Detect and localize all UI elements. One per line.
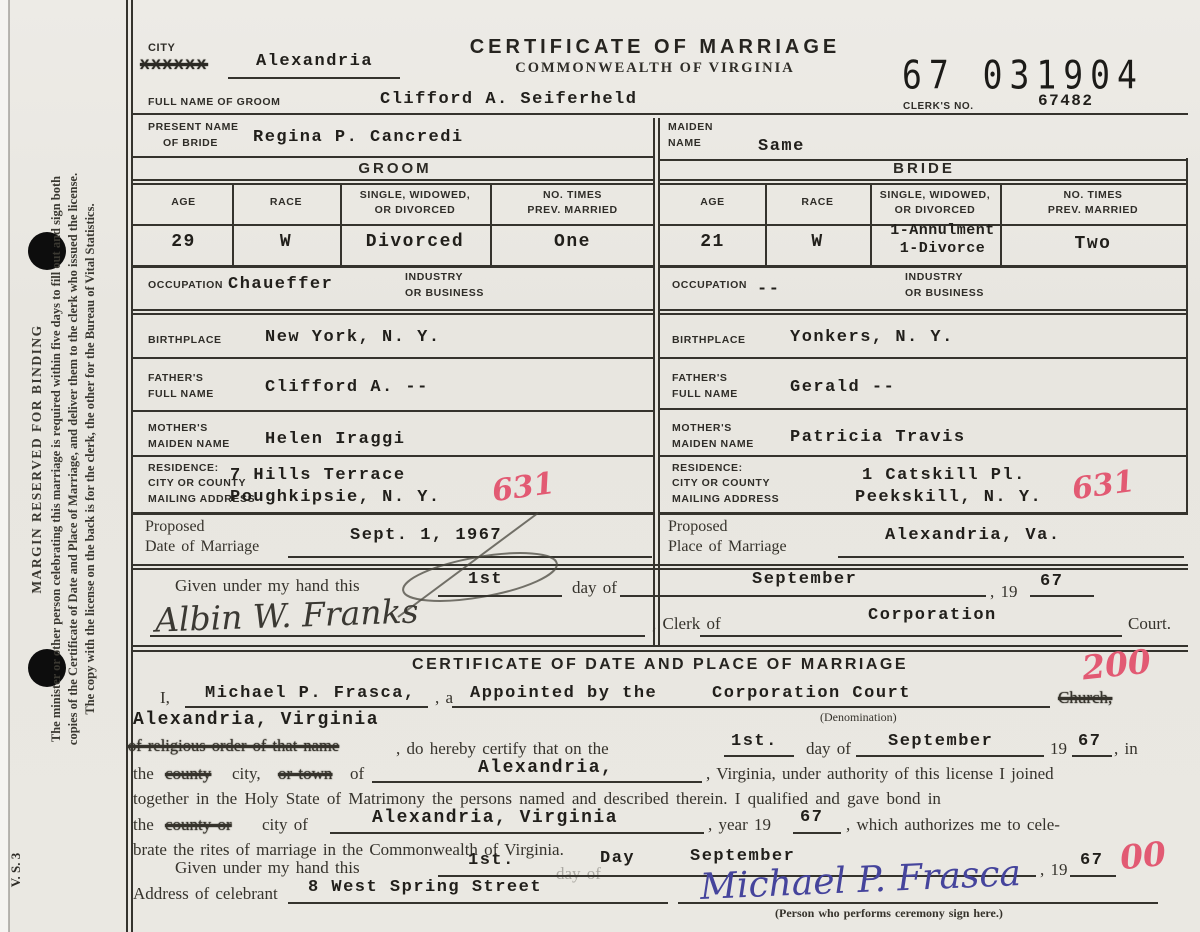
county-or-struck-text: county or: [165, 815, 232, 835]
bride-residence-label: RESIDENCE:: [672, 462, 743, 474]
scan-edge-line: [8, 0, 10, 932]
fill-line: [288, 902, 668, 904]
certificate2-title: CERTIFICATE OF DATE AND PLACE OF MARRIAG…: [300, 656, 1020, 674]
bride-residence-value: 1 Catskill Pl.: [862, 466, 1026, 485]
certificate-title: CERTIFICATE OF MARRIAGE: [455, 36, 855, 59]
rule-line: [660, 265, 1188, 268]
rule-line: [660, 179, 1188, 181]
rule-line: [133, 265, 655, 268]
line3-end-text: , Virginia, under authority of this lice…: [706, 764, 1054, 784]
groom-race-value: W: [232, 232, 340, 252]
groom-industry-label: OR BUSINESS: [405, 287, 484, 299]
of-text: of: [350, 764, 364, 784]
bride-name-value: Regina P. Cancredi: [253, 128, 464, 147]
bride-birthplace-label: BIRTHPLACE: [672, 334, 746, 346]
fill-line: [838, 556, 1184, 558]
bride-occupation-value: --: [757, 280, 780, 299]
signature-note: (Person who performs ceremony sign here.…: [775, 906, 1003, 921]
groom-mother-label: MAIDEN NAME: [148, 438, 230, 450]
groom-name-value: Clifford A. Seiferheld: [380, 90, 637, 109]
groom-father-value: Clifford A. --: [265, 378, 429, 397]
nineteen-text: 19: [1050, 739, 1067, 759]
binding-margin-line: copies of the Certificate of Date and Pl…: [65, 19, 82, 899]
address-label: Address of celebrant: [133, 884, 278, 904]
court-suffix-text: Court.: [1128, 614, 1171, 634]
groom-occupation-value: Chaueffer: [228, 275, 333, 294]
rule-line: [660, 183, 1188, 185]
fee-amount-bottom: 00: [1118, 834, 1168, 878]
bride-code-handwritten: 631: [1070, 464, 1137, 507]
bride-father-label: FULL NAME: [672, 388, 738, 400]
fill-line: [678, 902, 1158, 904]
proposed-date-label: Date of Marriage: [145, 538, 259, 556]
denomination-label: (Denomination): [820, 710, 897, 725]
ceremony-month-value: September: [888, 732, 993, 751]
court-name-value: Corporation: [868, 606, 997, 625]
bond-year-value: 67: [800, 808, 823, 827]
rule-line: [133, 224, 655, 226]
rule-line: [133, 313, 655, 315]
groom-times-header: PREV. MARRIED: [490, 204, 655, 216]
bride-residence-value: Peekskill, N. Y.: [855, 488, 1042, 507]
fill-line: [724, 755, 794, 757]
groom-age-value: 29: [135, 232, 232, 252]
fill-line: [185, 706, 428, 708]
marriage-city-value: Alexandria,: [478, 758, 613, 778]
county-struck-text: county: [165, 764, 211, 784]
city-label: CITY: [148, 42, 175, 54]
groom-name-label: FULL NAME OF GROOM: [148, 96, 281, 108]
fill-line: [228, 77, 400, 79]
celebrant-year-value: 67: [1080, 851, 1103, 870]
bride-residence-label: MAILING ADDRESS: [672, 493, 779, 505]
fill-line: [1030, 595, 1094, 597]
binding-margin-title: MARGIN RESERVED FOR BINDING: [29, 19, 45, 899]
groom-status-header: OR DIVORCED: [340, 204, 490, 216]
rule-line: [660, 455, 1188, 457]
the-text: the: [133, 764, 154, 784]
bride-industry-label: INDUSTRY: [905, 271, 963, 283]
certificate-subtitle: COMMONWEALTH OF VIRGINIA: [455, 60, 855, 77]
bride-age-header: AGE: [660, 196, 765, 208]
groom-father-label: FATHER'S: [148, 372, 204, 384]
divider-line: [1186, 158, 1188, 514]
fill-line: [330, 832, 704, 834]
rule-line: [133, 357, 655, 359]
bride-residence-label: CITY OR COUNTY: [672, 477, 770, 489]
bride-times-header: NO. TIMES: [1000, 189, 1186, 201]
binding-margin-text: MARGIN RESERVED FOR BINDING The minister…: [29, 19, 99, 899]
fill-line: [856, 755, 1044, 757]
city-value: Alexandria: [256, 52, 373, 71]
ceremony-year-value: 67: [1078, 732, 1101, 751]
groom-residence-label: RESIDENCE:: [148, 462, 219, 474]
fee-amount-top: 200: [1080, 642, 1153, 688]
appointed-by-value: Appointed by the: [470, 684, 657, 703]
section-divider: [133, 650, 1188, 652]
license-given-text: Given under my hand this: [175, 576, 360, 596]
bride-table-title: BRIDE: [660, 160, 1188, 177]
clerks-no-value: 67482: [1038, 92, 1094, 110]
bride-times-value: Two: [1000, 234, 1186, 254]
certify-text: , do hereby certify that on the: [396, 739, 609, 759]
bride-status-value: 1-Annulment: [870, 222, 1015, 239]
rule-line: [133, 410, 655, 412]
rule-line: [133, 568, 1188, 570]
groom-status-header: SINGLE, WIDOWED,: [340, 189, 490, 201]
clerk-of-text: , Clerk of: [652, 614, 721, 634]
bride-status-header: OR DIVORCED: [870, 204, 1000, 216]
celebrant-year-prefix: , 19: [1040, 860, 1068, 880]
religious-order-struck: of religious order of that name: [128, 736, 339, 756]
fill-line: [438, 595, 562, 597]
clerks-no-label: CLERK'S NO.: [903, 101, 974, 112]
bride-birthplace-value: Yonkers, N. Y.: [790, 328, 954, 347]
bride-mother-label: MAIDEN NAME: [672, 438, 754, 450]
groom-times-header: NO. TIMES: [490, 189, 655, 201]
rule-line: [660, 309, 1188, 311]
binding-margin-line: The copy with the license on the back is…: [82, 19, 99, 899]
or-town-struck-text: or town: [278, 764, 332, 784]
county-of-struck: XXXXXX: [140, 56, 208, 72]
maiden-name-value: Same: [758, 137, 805, 156]
groom-race-header: RACE: [232, 196, 340, 208]
bride-status-value: 1-Divorce: [870, 240, 1015, 257]
city-text: city,: [232, 764, 261, 784]
marriage-certificate-scan: MARGIN RESERVED FOR BINDING The minister…: [0, 0, 1200, 932]
court-typed-value: Corporation Court: [712, 684, 911, 703]
proposed-place-label: Proposed: [668, 518, 728, 536]
celebrant-given-text: Given under my hand this: [175, 858, 360, 878]
proposed-date-label: Proposed: [145, 518, 205, 536]
fill-line: [620, 595, 986, 597]
groom-mother-label: MOTHER'S: [148, 422, 208, 434]
rule-line: [660, 313, 1188, 315]
maiden-name-label: MAIDEN: [668, 121, 713, 133]
celebrant-location-typed: Alexandria, Virginia: [133, 710, 379, 730]
groom-industry-label: INDUSTRY: [405, 271, 463, 283]
fill-line: [793, 832, 841, 834]
groom-residence-value: 7 Hills Terrace: [230, 466, 406, 485]
bride-father-label: FATHER'S: [672, 372, 728, 384]
church-struck-text: Church,: [1058, 688, 1112, 708]
ceremony-day-value: 1st.: [731, 732, 778, 751]
bride-father-value: Gerald --: [790, 378, 895, 397]
fill-line: [372, 781, 702, 783]
bride-name-label: PRESENT NAME: [148, 121, 239, 133]
i-text: I,: [160, 688, 170, 708]
line4-text: together in the Holy State of Matrimony …: [133, 789, 941, 809]
binding-margin-line: The minister or other person celebrating…: [48, 19, 65, 899]
rule-line: [660, 512, 1188, 515]
bride-age-value: 21: [660, 232, 765, 252]
groom-age-header: AGE: [135, 196, 232, 208]
license-year-prefix: , 19: [990, 582, 1018, 602]
license-year-value: 67: [1040, 572, 1063, 591]
rule-line: [133, 309, 655, 311]
year-text: , year 19: [708, 815, 771, 835]
rule-line: [133, 455, 655, 457]
groom-table-title: GROOM: [135, 160, 655, 177]
divider-line: [126, 0, 128, 932]
celebrant-day-value: 1st.: [468, 851, 515, 870]
bride-race-header: RACE: [765, 196, 870, 208]
bride-status-header: SINGLE, WIDOWED,: [870, 189, 1000, 201]
form-number: V. S. 3: [8, 838, 24, 902]
bond-place-value: Alexandria, Virginia: [372, 808, 618, 828]
rule-line: [660, 357, 1188, 359]
bride-occupation-label: OCCUPATION: [672, 279, 747, 291]
groom-occupation-label: OCCUPATION: [148, 279, 223, 291]
license-month-value: September: [752, 570, 857, 589]
rule-line: [133, 183, 655, 185]
bride-race-value: W: [765, 232, 870, 252]
rule-line: [133, 564, 1188, 566]
proposed-place-value: Alexandria, Va.: [885, 526, 1061, 545]
groom-birthplace-label: BIRTHPLACE: [148, 334, 222, 346]
celebrant-day-word: Day: [600, 849, 635, 868]
groom-times-value: One: [490, 232, 655, 252]
fill-line: [150, 635, 645, 637]
fill-line: [1072, 755, 1112, 757]
license-day-of-text: day of: [572, 578, 617, 598]
bride-mother-label: MOTHER'S: [672, 422, 732, 434]
the-text: the: [133, 815, 154, 835]
day-of-text: day of: [806, 739, 851, 759]
groom-father-label: FULL NAME: [148, 388, 214, 400]
rule-line: [133, 179, 655, 181]
a-text: , a: [435, 688, 453, 708]
section-divider: [133, 645, 1188, 647]
fill-line: [1070, 875, 1116, 877]
in-text: , in: [1114, 739, 1138, 759]
clerk-signature: Albin W. Franks: [154, 591, 419, 639]
bride-name-label: OF BRIDE: [163, 137, 218, 149]
license-day-value: 1st: [468, 570, 503, 589]
address-value: 8 West Spring Street: [308, 878, 542, 897]
rule-line: [660, 408, 1188, 410]
groom-birthplace-value: New York, N. Y.: [265, 328, 441, 347]
groom-mother-value: Helen Iraggi: [265, 430, 405, 449]
bride-mother-value: Patricia Travis: [790, 428, 966, 447]
bride-industry-label: OR BUSINESS: [905, 287, 984, 299]
rule-line: [133, 156, 655, 158]
bride-times-header: PREV. MARRIED: [1000, 204, 1186, 216]
maiden-name-label: NAME: [668, 137, 701, 149]
fill-line: [700, 635, 1122, 637]
rule-line: [133, 113, 1188, 115]
line5-end-text: , which authorizes me to cele-: [846, 815, 1060, 835]
proposed-place-label: Place of Marriage: [668, 538, 787, 556]
groom-code-handwritten: 631: [490, 466, 557, 509]
state-file-number-stamp: 67 031904: [902, 52, 1144, 98]
groom-status-value: Divorced: [340, 232, 490, 252]
city-of-text: city of: [262, 815, 308, 835]
fill-line: [452, 706, 1050, 708]
ghost-day-of-text: day of: [556, 864, 601, 884]
celebrant-name-value: Michael P. Frasca,: [205, 684, 416, 703]
